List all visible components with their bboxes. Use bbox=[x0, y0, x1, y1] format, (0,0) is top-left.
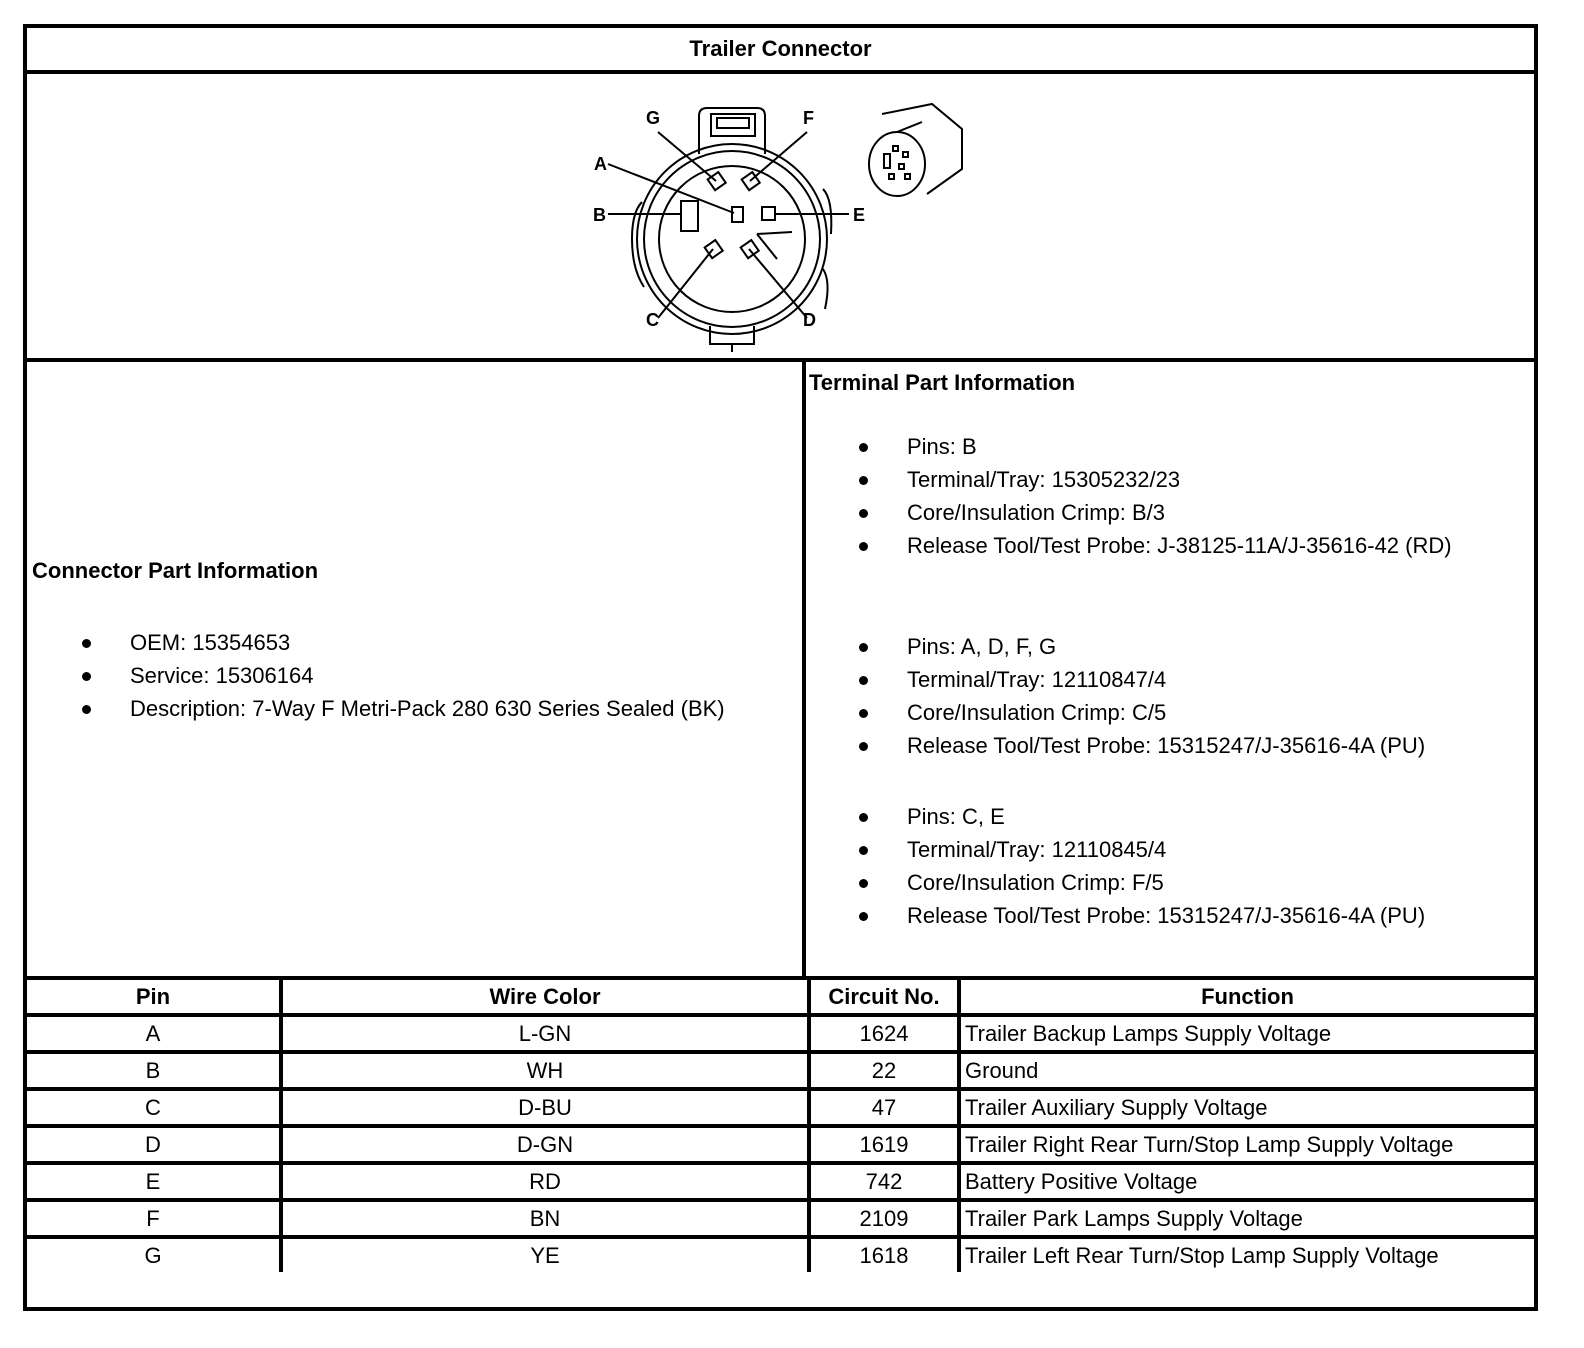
pin-cell: D bbox=[27, 1126, 281, 1163]
wire-color-cell: BN bbox=[281, 1200, 809, 1237]
wire-color-cell: D-GN bbox=[281, 1126, 809, 1163]
circuit-no-cell: 1624 bbox=[809, 1015, 959, 1052]
circuit-no-cell: 22 bbox=[809, 1052, 959, 1089]
function-cell: Ground bbox=[959, 1052, 1534, 1089]
pin-label-e: E bbox=[853, 205, 865, 225]
wire-color-cell: RD bbox=[281, 1163, 809, 1200]
terminal-part-info-heading: Terminal Part Information bbox=[809, 370, 1075, 396]
function-cell: Trailer Auxiliary Supply Voltage bbox=[959, 1089, 1534, 1126]
circuit-no-cell: 742 bbox=[809, 1163, 959, 1200]
function-cell: Trailer Park Lamps Supply Voltage bbox=[959, 1200, 1534, 1237]
list-item: Release Tool/Test Probe: 15315247/J-3561… bbox=[809, 901, 1529, 930]
header-circuit-no: Circuit No. bbox=[809, 980, 959, 1015]
list-item: Release Tool/Test Probe: J-38125-11A/J-3… bbox=[809, 531, 1509, 560]
table-row: CD-BU47Trailer Auxiliary Supply Voltage bbox=[27, 1089, 1534, 1126]
header-pin: Pin bbox=[27, 980, 281, 1015]
list-item: Description: 7-Way F Metri-Pack 280 630 … bbox=[32, 694, 772, 723]
table-header-row: Pin Wire Color Circuit No. Function bbox=[27, 980, 1534, 1015]
header-wire-color: Wire Color bbox=[281, 980, 809, 1015]
circuit-no-cell: 1619 bbox=[809, 1126, 959, 1163]
terminal-group-2: Pins: A, D, F, G Terminal/Tray: 12110847… bbox=[809, 632, 1529, 764]
connector-face-icon: A B C D E F G bbox=[27, 74, 1534, 358]
circuit-no-cell: 47 bbox=[809, 1089, 959, 1126]
list-item: Pins: A, D, F, G bbox=[809, 632, 1529, 661]
list-item: Terminal/Tray: 12110845/4 bbox=[809, 835, 1529, 864]
pin-cell: E bbox=[27, 1163, 281, 1200]
connector-part-info: Connector Part Information OEM: 15354653… bbox=[27, 362, 806, 976]
pin-cell: F bbox=[27, 1200, 281, 1237]
pin-label-g: G bbox=[646, 108, 660, 128]
pin-label-d: D bbox=[803, 310, 816, 330]
function-cell: Trailer Right Rear Turn/Stop Lamp Supply… bbox=[959, 1126, 1534, 1163]
table-row: ERD742Battery Positive Voltage bbox=[27, 1163, 1534, 1200]
pin-label-c: C bbox=[646, 310, 659, 330]
pin-cell: B bbox=[27, 1052, 281, 1089]
table-row: FBN2109Trailer Park Lamps Supply Voltage bbox=[27, 1200, 1534, 1237]
list-item: Core/Insulation Crimp: C/5 bbox=[809, 698, 1529, 727]
header-function: Function bbox=[959, 980, 1534, 1015]
wire-color-cell: L-GN bbox=[281, 1015, 809, 1052]
pin-cell: C bbox=[27, 1089, 281, 1126]
list-item: Core/Insulation Crimp: B/3 bbox=[809, 498, 1509, 527]
connector-part-info-heading: Connector Part Information bbox=[32, 558, 318, 584]
list-item: Pins: B bbox=[809, 432, 1509, 461]
page-title: Trailer Connector bbox=[27, 28, 1534, 74]
wire-color-cell: YE bbox=[281, 1237, 809, 1272]
list-item: Release Tool/Test Probe: 15315247/J-3561… bbox=[809, 731, 1529, 760]
function-cell: Battery Positive Voltage bbox=[959, 1163, 1534, 1200]
terminal-part-info: Terminal Part Information Pins: B Termin… bbox=[806, 362, 1534, 976]
pin-cell: A bbox=[27, 1015, 281, 1052]
function-cell: Trailer Left Rear Turn/Stop Lamp Supply … bbox=[959, 1237, 1534, 1272]
part-info-section: Connector Part Information OEM: 15354653… bbox=[27, 362, 1534, 980]
table-row: AL-GN1624Trailer Backup Lamps Supply Vol… bbox=[27, 1015, 1534, 1052]
pin-table: Pin Wire Color Circuit No. Function AL-G… bbox=[27, 980, 1534, 1272]
list-item: Terminal/Tray: 15305232/23 bbox=[809, 465, 1509, 494]
pin-label-b: B bbox=[593, 205, 606, 225]
list-item: Pins: C, E bbox=[809, 802, 1529, 831]
pin-cell: G bbox=[27, 1237, 281, 1272]
table-row: DD-GN1619Trailer Right Rear Turn/Stop La… bbox=[27, 1126, 1534, 1163]
wire-color-cell: WH bbox=[281, 1052, 809, 1089]
pin-label-f: F bbox=[803, 108, 814, 128]
terminal-group-1: Pins: B Terminal/Tray: 15305232/23 Core/… bbox=[809, 432, 1509, 564]
connector-diagram: A B C D E F G bbox=[27, 74, 1534, 362]
list-item: Terminal/Tray: 12110847/4 bbox=[809, 665, 1529, 694]
terminal-group-3: Pins: C, E Terminal/Tray: 12110845/4 Cor… bbox=[809, 802, 1529, 934]
list-item: OEM: 15354653 bbox=[32, 628, 772, 657]
pin-label-a: A bbox=[594, 154, 607, 174]
list-item: Core/Insulation Crimp: F/5 bbox=[809, 868, 1529, 897]
wire-color-cell: D-BU bbox=[281, 1089, 809, 1126]
list-item: Service: 15306164 bbox=[32, 661, 772, 690]
connector-part-info-list: OEM: 15354653 Service: 15306164 Descript… bbox=[32, 628, 772, 727]
table-row: BWH22Ground bbox=[27, 1052, 1534, 1089]
circuit-no-cell: 2109 bbox=[809, 1200, 959, 1237]
table-row: GYE1618Trailer Left Rear Turn/Stop Lamp … bbox=[27, 1237, 1534, 1272]
connector-sheet: Trailer Connector bbox=[23, 24, 1538, 1311]
function-cell: Trailer Backup Lamps Supply Voltage bbox=[959, 1015, 1534, 1052]
circuit-no-cell: 1618 bbox=[809, 1237, 959, 1272]
